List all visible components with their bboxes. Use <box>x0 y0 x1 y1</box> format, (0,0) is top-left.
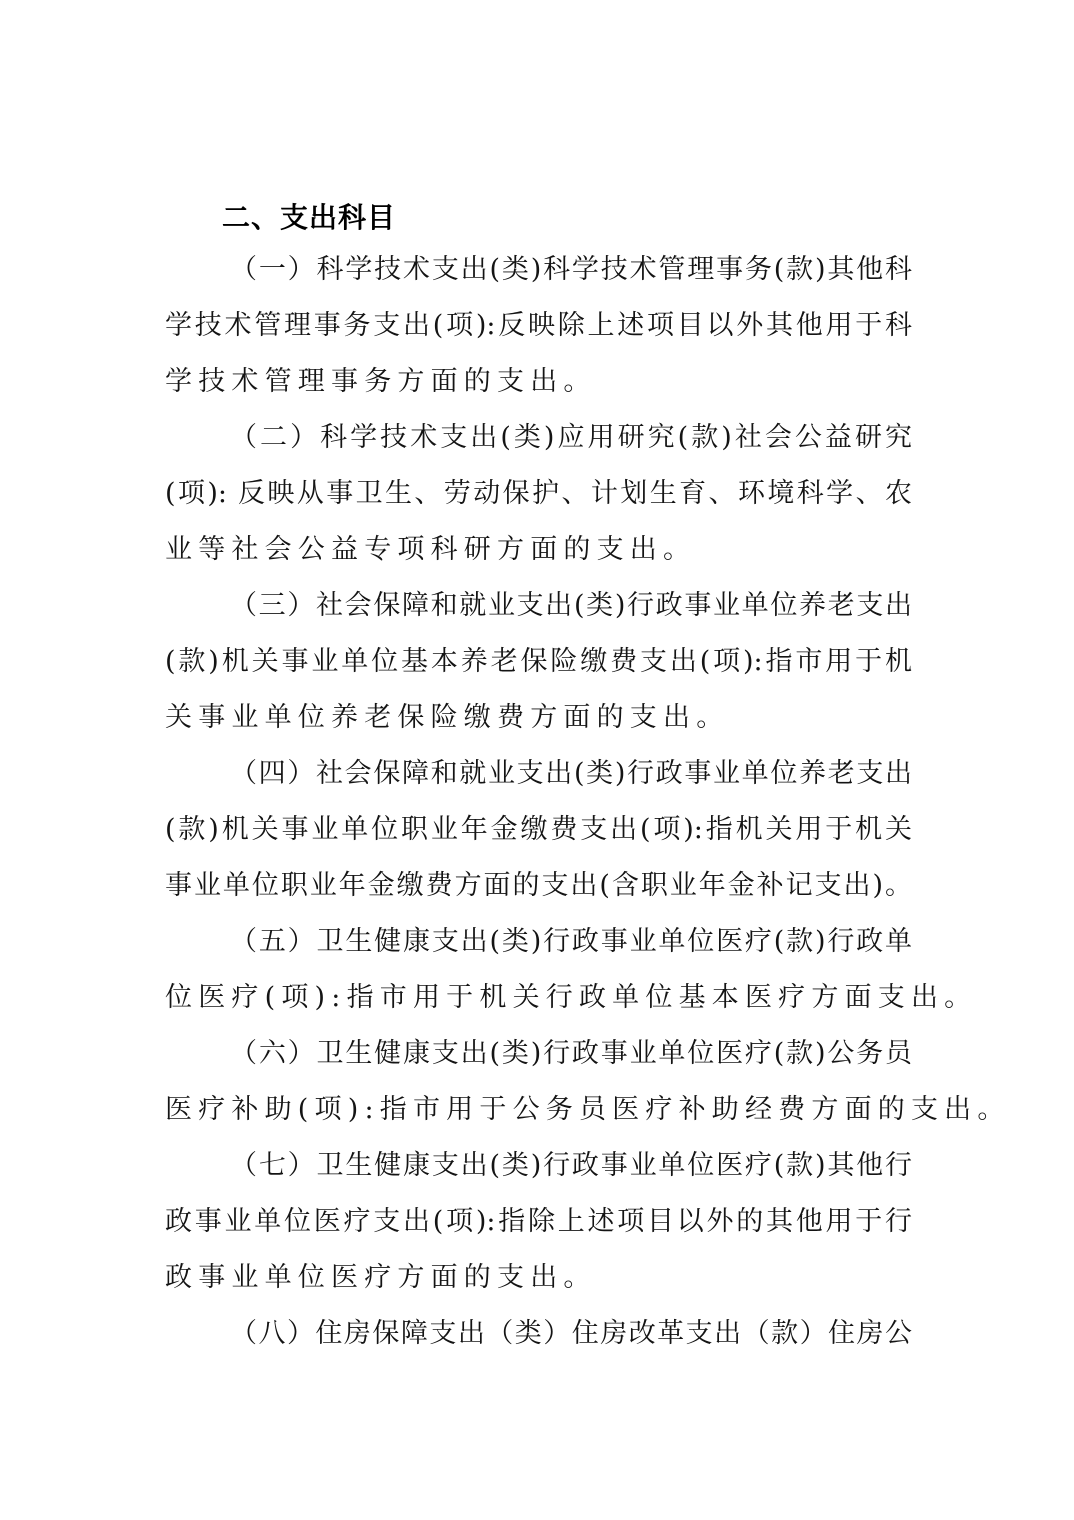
paragraph-1-line-2: 学技术管理事务支出(项):反映除上述项目以外其他用于科 <box>165 306 912 346</box>
section-heading: 二、支出科目 <box>222 198 396 238</box>
document-page: 二、支出科目 （一）科学技术支出(类)科学技术管理事务(款)其他科 学技术管理事… <box>0 0 1074 1520</box>
paragraph-8-line-1: （八）住房保障支出（类）住房改革支出（款）住房公 <box>230 1314 912 1354</box>
paragraph-7-line-3: 政事业单位医疗方面的支出。 <box>165 1258 912 1298</box>
paragraph-7-line-2: 政事业单位医疗支出(项):指除上述项目以外的其他用于行 <box>165 1202 912 1242</box>
paragraph-7-line-1: （七）卫生健康支出(类)行政事业单位医疗(款)其他行 <box>230 1146 912 1186</box>
paragraph-4-line-2: (款)机关事业单位职业年金缴费支出(项):指机关用于机关 <box>165 810 912 850</box>
paragraph-6-line-1: （六）卫生健康支出(类)行政事业单位医疗(款)公务员 <box>230 1034 912 1074</box>
paragraph-1-line-3: 学技术管理事务方面的支出。 <box>165 362 912 402</box>
paragraph-4-line-1: （四）社会保障和就业支出(类)行政事业单位养老支出 <box>230 754 912 794</box>
paragraph-1-line-1: （一）科学技术支出(类)科学技术管理事务(款)其他科 <box>230 250 912 290</box>
paragraph-5-line-1: （五）卫生健康支出(类)行政事业单位医疗(款)行政单 <box>230 922 912 962</box>
paragraph-2-line-3: 业等社会公益专项科研方面的支出。 <box>165 530 912 570</box>
paragraph-2-line-2: (项): 反映从事卫生、劳动保护、计划生育、环境科学、农 <box>165 474 912 514</box>
paragraph-3-line-2: (款)机关事业单位基本养老保险缴费支出(项):指市用于机 <box>165 642 912 682</box>
paragraph-3-line-1: （三）社会保障和就业支出(类)行政事业单位养老支出 <box>230 586 912 626</box>
paragraph-4-line-3: 事业单位职业年金缴费方面的支出(含职业年金补记支出)。 <box>165 866 912 906</box>
paragraph-3-line-3: 关事业单位养老保险缴费方面的支出。 <box>165 698 912 738</box>
paragraph-6-line-2: 医疗补助(项):指市用于公务员医疗补助经费方面的支出。 <box>165 1090 912 1130</box>
paragraph-2-line-1: （二）科学技术支出(类)应用研究(款)社会公益研究 <box>230 418 912 458</box>
paragraph-5-line-2: 位医疗(项):指市用于机关行政单位基本医疗方面支出。 <box>165 978 912 1018</box>
